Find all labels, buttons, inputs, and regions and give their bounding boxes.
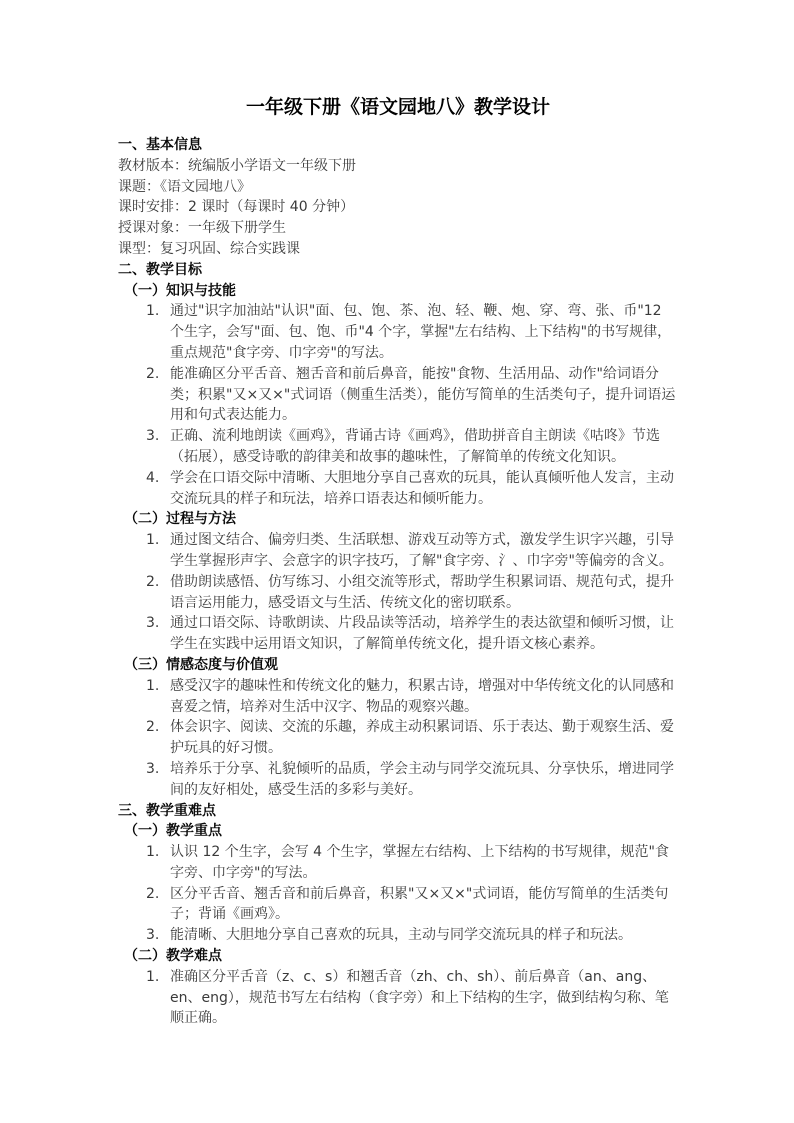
subsection-emotion-values: （三）情感态度与价值观 1. 感受汉字的趣味性和传统文化的魅力，积累古诗，增强对… <box>118 655 678 801</box>
list-item: 4. 学会在口语交际中清晰、大胆地分享自己喜欢的玩具，能认真倾听他人发言，主动交… <box>118 468 678 510</box>
subsection-heading: （二）教学难点 <box>124 946 678 967</box>
paragraph-audience: 授课对象：一年级下册学生 <box>118 218 678 239</box>
item-text: 培养乐于分享、礼貌倾听的品质，学会主动与同学交流玩具、分享快乐，增进同学间的友好… <box>170 761 674 798</box>
item-number: 2. <box>146 572 168 593</box>
list-item: 3. 能清晰、大胆地分享自己喜欢的玩具，主动与同学交流玩具的样子和玩法。 <box>118 925 678 946</box>
item-number: 1. <box>146 301 168 322</box>
item-number: 3. <box>146 426 168 447</box>
list-item: 2. 能准确区分平舌音、翘舌音和前后鼻音，能按"食物、生活用品、动作"给词语分类… <box>118 364 678 426</box>
list-item: 1. 通过图文结合、偏旁归类、生活联想、游戏互动等方式，激发学生识字兴趣，引导学… <box>118 530 678 572</box>
subsection-heading: （一）知识与技能 <box>124 281 678 302</box>
item-number: 3. <box>146 613 168 634</box>
document-title: 一年级下册《语文园地八》教学设计 <box>118 94 678 121</box>
item-text: 能准确区分平舌音、翘舌音和前后鼻音，能按"食物、生活用品、动作"给词语分类；积累… <box>170 366 675 424</box>
item-text: 体会识字、阅读、交流的乐趣，养成主动积累词语、乐于表达、勤于观察生活、爱护玩具的… <box>170 719 674 756</box>
item-text: 正确、流利地朗读《画鸡》，背诵古诗《画鸡》，借助拼音自主朗读《咕咚》节选（拓展）… <box>170 428 660 465</box>
section-heading: 二、教学目标 <box>118 260 678 281</box>
subsection-heading: （三）情感态度与价值观 <box>124 655 678 676</box>
list-item: 3. 通过口语交际、诗歌朗读、片段品读等活动，培养学生的表达欲望和倾听习惯，让学… <box>118 613 678 655</box>
item-text: 准确区分平舌音（z、c、s）和翘舌音（zh、ch、sh）、前后鼻音（an、ang… <box>170 969 669 1027</box>
subsection-heading: （一）教学重点 <box>124 821 678 842</box>
item-text: 通过口语交际、诗歌朗读、片段品读等活动，培养学生的表达欲望和倾听习惯，让学生在实… <box>170 615 674 652</box>
subsection-process-methods: （二）过程与方法 1. 通过图文结合、偏旁归类、生活联想、游戏互动等方式，激发学… <box>118 509 678 655</box>
section-teaching-goals: 二、教学目标 （一）知识与技能 1. 通过"识字加油站"认识"面、包、饱、茶、泡… <box>118 260 678 801</box>
list-item: 1. 准确区分平舌音（z、c、s）和翘舌音（zh、ch、sh）、前后鼻音（an、… <box>118 967 678 1029</box>
list-item: 2. 借助朗读感悟、仿写练习、小组交流等形式，帮助学生积累词语、规范句式，提升语… <box>118 572 678 614</box>
item-number: 1. <box>146 530 168 551</box>
item-text: 能清晰、大胆地分享自己喜欢的玩具，主动与同学交流玩具的样子和玩法。 <box>170 927 632 943</box>
list-item: 1. 感受汉字的趣味性和传统文化的魅力，积累古诗，增强对中华传统文化的认同感和喜… <box>118 676 678 718</box>
item-number: 2. <box>146 364 168 385</box>
item-number: 4. <box>146 468 168 489</box>
item-number: 2. <box>146 884 168 905</box>
section-basic-info: 一、基本信息 教材版本：统编版小学语文一年级下册 课题：《语文园地八》 课时安排… <box>118 135 678 260</box>
paragraph-lesson-title: 课题：《语文园地八》 <box>118 177 678 198</box>
item-text: 认识 12 个生字，会写 4 个生字，掌握左右结构、上下结构的书写规律，规范"食… <box>170 844 669 881</box>
paragraph-lesson-type: 课型：复习巩固、综合实践课 <box>118 239 678 260</box>
subsection-heading: （二）过程与方法 <box>124 509 678 530</box>
item-number: 3. <box>146 759 168 780</box>
paragraph-schedule: 课时安排：2 课时（每课时 40 分钟） <box>118 197 678 218</box>
item-text: 通过"识字加油站"认识"面、包、饱、茶、泡、轻、鞭、炮、穿、弯、张、币"12 个… <box>170 303 671 361</box>
item-text: 感受汉字的趣味性和传统文化的魅力，积累古诗，增强对中华传统文化的认同感和喜爱之情… <box>170 678 674 715</box>
list-item: 3. 正确、流利地朗读《画鸡》，背诵古诗《画鸡》，借助拼音自主朗读《咕咚》节选（… <box>118 426 678 468</box>
paragraph-textbook-version: 教材版本：统编版小学语文一年级下册 <box>118 156 678 177</box>
section-heading: 一、基本信息 <box>118 135 678 156</box>
section-key-difficult-points: 三、教学重难点 （一）教学重点 1. 认识 12 个生字，会写 4 个生字，掌握… <box>118 801 678 1030</box>
list-item: 2. 区分平舌音、翘舌音和前后鼻音，积累"又×又×"式词语，能仿写简单的生活类句… <box>118 884 678 926</box>
item-number: 2. <box>146 717 168 738</box>
document-page: 一年级下册《语文园地八》教学设计 一、基本信息 教材版本：统编版小学语文一年级下… <box>0 0 794 1123</box>
item-number: 1. <box>146 967 168 988</box>
item-text: 通过图文结合、偏旁归类、生活联想、游戏互动等方式，激发学生识字兴趣，引导学生掌握… <box>170 532 674 569</box>
item-text: 借助朗读感悟、仿写练习、小组交流等形式，帮助学生积累词语、规范句式，提升语言运用… <box>170 574 674 611</box>
item-text: 区分平舌音、翘舌音和前后鼻音，积累"又×又×"式词语，能仿写简单的生活类句子；背… <box>170 886 668 923</box>
list-item: 1. 认识 12 个生字，会写 4 个生字，掌握左右结构、上下结构的书写规律，规… <box>118 842 678 884</box>
subsection-difficult-points: （二）教学难点 1. 准确区分平舌音（z、c、s）和翘舌音（zh、ch、sh）、… <box>118 946 678 1029</box>
item-number: 3. <box>146 925 168 946</box>
subsection-key-points: （一）教学重点 1. 认识 12 个生字，会写 4 个生字，掌握左右结构、上下结… <box>118 821 678 946</box>
item-number: 1. <box>146 842 168 863</box>
item-number: 1. <box>146 676 168 697</box>
list-item: 2. 体会识字、阅读、交流的乐趣，养成主动积累词语、乐于表达、勤于观察生活、爱护… <box>118 717 678 759</box>
list-item: 1. 通过"识字加油站"认识"面、包、饱、茶、泡、轻、鞭、炮、穿、弯、张、币"1… <box>118 301 678 363</box>
item-text: 学会在口语交际中清晰、大胆地分享自己喜欢的玩具，能认真倾听他人发言，主动交流玩具… <box>170 470 674 507</box>
section-heading: 三、教学重难点 <box>118 801 678 822</box>
list-item: 3. 培养乐于分享、礼貌倾听的品质，学会主动与同学交流玩具、分享快乐，增进同学间… <box>118 759 678 801</box>
subsection-knowledge-skills: （一）知识与技能 1. 通过"识字加油站"认识"面、包、饱、茶、泡、轻、鞭、炮、… <box>118 281 678 510</box>
